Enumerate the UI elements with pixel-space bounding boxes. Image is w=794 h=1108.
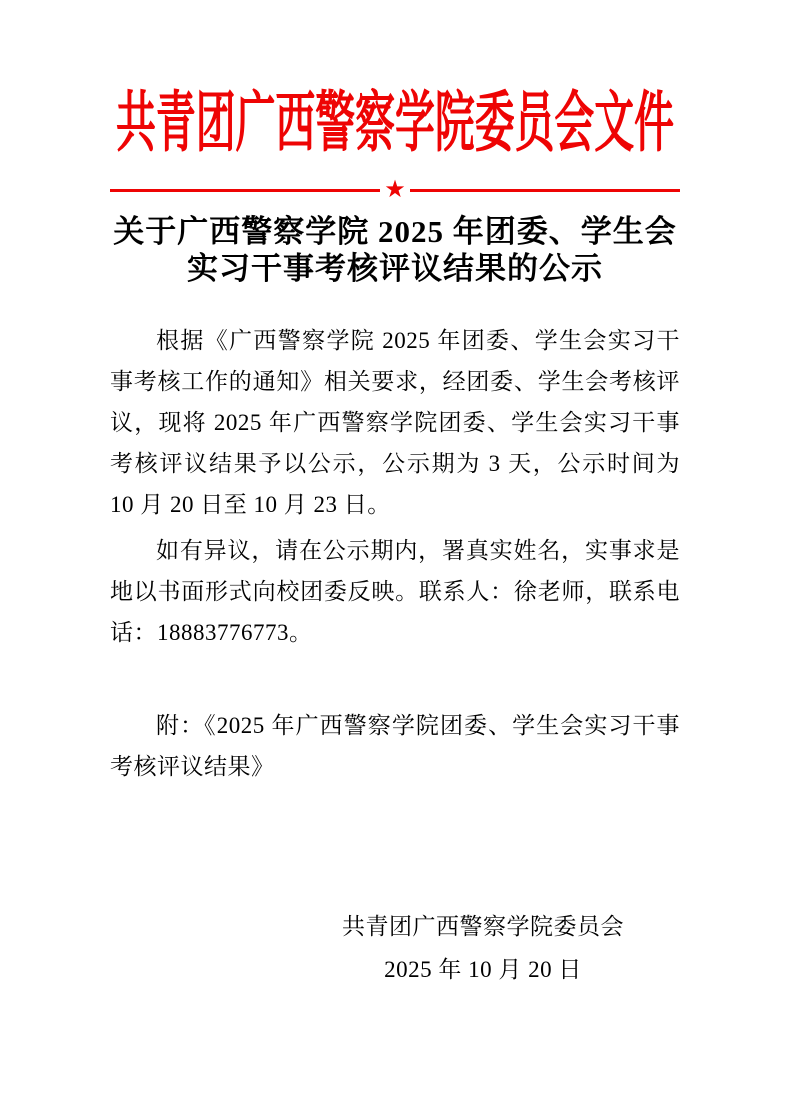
document-title: 关于广西警察学院 2025 年团委、学生会 实习干事考核评议结果的公示: [110, 213, 680, 287]
letterhead-graphic: 共青团广西警察学院委员会文件: [115, 86, 675, 160]
red-divider: ★: [110, 179, 680, 201]
signature-date: 2025 年 10 月 20 日: [342, 948, 624, 991]
divider-line-left: [110, 189, 380, 192]
star-icon: ★: [384, 177, 406, 201]
document-title-line-2: 实习干事考核评议结果的公示: [110, 250, 680, 287]
divider-line-right: [410, 189, 680, 192]
document-title-line-1: 关于广西警察学院 2025 年团委、学生会: [110, 213, 680, 250]
paragraph-objection: 如有异议，请在公示期内，署真实姓名，实事求是地以书面形式向校团委反映。联系人：徐…: [110, 530, 680, 653]
document-page: 共青团广西警察学院委员会文件 ★ 关于广西警察学院 2025 年团委、学生会 实…: [0, 0, 794, 1108]
letterhead: 共青团广西警察学院委员会文件: [110, 0, 680, 160]
paragraph-basis: 根据《广西警察学院 2025 年团委、学生会实习干事考核工作的通知》相关要求，经…: [110, 320, 680, 525]
signature-block: 共青团广西警察学院委员会 2025 年 10 月 20 日: [342, 905, 624, 991]
paragraph-attachment: 附：《2025 年广西警察学院团委、学生会实习干事考核评议结果》: [110, 705, 680, 787]
signature-org: 共青团广西警察学院委员会: [342, 905, 624, 948]
letterhead-text: 共青团广西警察学院委员会文件: [116, 87, 674, 160]
document-body: 根据《广西警察学院 2025 年团委、学生会实习干事考核工作的通知》相关要求，经…: [110, 320, 680, 787]
